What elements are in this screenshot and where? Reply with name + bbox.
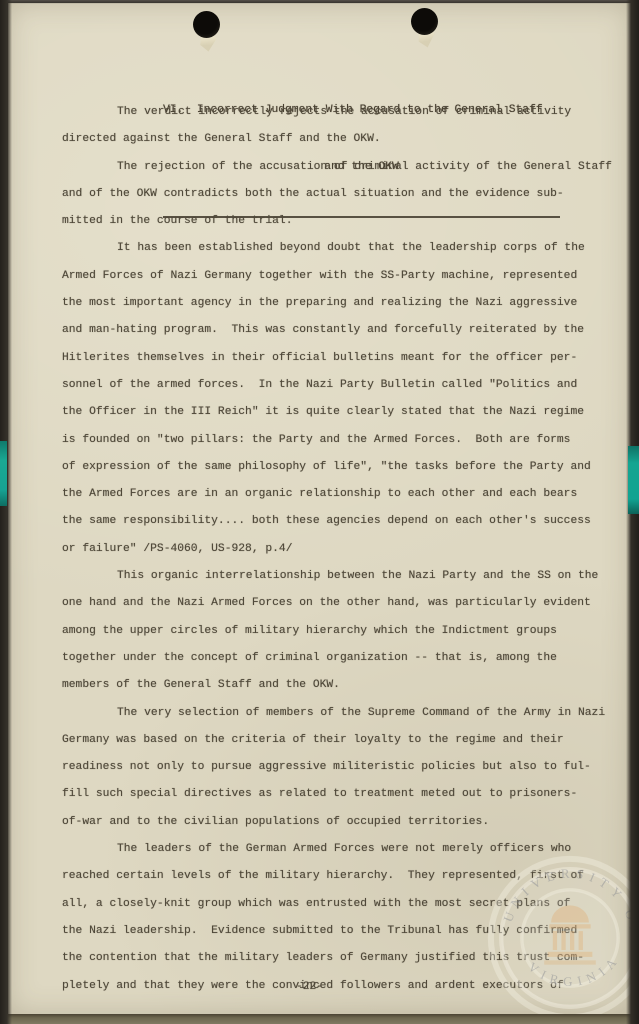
text-line: The leaders of the German Armed Forces w…: [62, 836, 607, 863]
text-line-content: It has been established beyond doubt tha…: [117, 242, 585, 254]
text-line: Hitlerites themselves in their official …: [62, 345, 607, 372]
text-line-content: Germany was based on the criteria of the…: [62, 734, 564, 746]
text-line: Armed Forces of Nazi Germany together wi…: [62, 263, 607, 290]
text-line-content: Armed Forces of Nazi Germany together wi…: [62, 270, 577, 282]
text-line-content: mitted in the course of the trial.: [62, 215, 293, 227]
punch-hole-right-icon: [411, 8, 438, 35]
page-number: -22-: [8, 981, 611, 993]
teal-edge-mark-left: [0, 441, 7, 506]
text-line-content: the most important agency in the prepari…: [62, 297, 577, 309]
photo-background: UNIVERSITY OF VIRGINIA VI. Incorrect Jud…: [0, 0, 639, 1024]
text-line-content: of-war and to the civilian populations o…: [62, 816, 489, 828]
document-body: The verdict incorrectly rejects the accu…: [62, 99, 607, 1000]
text-line: the Armed Forces are in an organic relat…: [62, 481, 607, 508]
text-line-content: members of the General Staff and the OKW…: [62, 679, 340, 691]
text-line-content: and of the OKW contradicts both the actu…: [62, 188, 564, 200]
text-line-content: directed against the General Staff and t…: [62, 133, 381, 145]
text-line-content: sonnel of the armed forces. In the Nazi …: [62, 379, 577, 391]
text-line: together under the concept of criminal o…: [62, 645, 607, 672]
text-line-content: Hitlerites themselves in their official …: [62, 352, 577, 364]
text-line-content: the Nazi leadership. Evidence submitted …: [62, 925, 577, 937]
text-line-content: is founded on "two pillars: the Party an…: [62, 434, 570, 446]
text-line: mitted in the course of the trial.: [62, 208, 607, 235]
text-line: one hand and the Nazi Armed Forces on th…: [62, 590, 607, 617]
text-line: among the upper circles of military hier…: [62, 618, 607, 645]
text-line-content: fill such special directives as related …: [62, 788, 577, 800]
text-line-content: The leaders of the German Armed Forces w…: [117, 843, 571, 855]
teal-edge-mark-right: [628, 446, 639, 514]
text-line: the same responsibility.... both these a…: [62, 508, 607, 535]
text-line: of-war and to the civilian populations o…: [62, 809, 607, 836]
text-line: is founded on "two pillars: the Party an…: [62, 427, 607, 454]
text-line: sonnel of the armed forces. In the Nazi …: [62, 372, 607, 399]
text-line-content: The rejection of the accusation of crimi…: [117, 161, 612, 173]
punch-hole-left-icon: [193, 11, 220, 38]
text-line-content: together under the concept of criminal o…: [62, 652, 557, 664]
text-line: the Nazi leadership. Evidence submitted …: [62, 918, 607, 945]
text-line: all, a closely-knit group which was entr…: [62, 891, 607, 918]
text-line: The rejection of the accusation of crimi…: [62, 154, 607, 181]
text-line: the contention that the military leaders…: [62, 945, 607, 972]
text-line: and of the OKW contradicts both the actu…: [62, 181, 607, 208]
text-line: or failure" /PS-4060, US-928, p.4/: [62, 536, 607, 563]
text-line-content: the same responsibility.... both these a…: [62, 515, 591, 527]
document-page: UNIVERSITY OF VIRGINIA VI. Incorrect Jud…: [8, 3, 631, 1015]
text-line: Germany was based on the criteria of the…: [62, 727, 607, 754]
text-line: of expression of the same philosophy of …: [62, 454, 607, 481]
text-line: and man-hating program. This was constan…: [62, 317, 607, 344]
underlying-page-edge: [6, 1014, 633, 1024]
text-line-content: among the upper circles of military hier…: [62, 625, 557, 637]
text-line-content: the Armed Forces are in an organic relat…: [62, 488, 577, 500]
text-line: This organic interrelationship between t…: [62, 563, 607, 590]
text-line-content: The very selection of members of the Sup…: [117, 707, 605, 719]
text-line-content: the contention that the military leaders…: [62, 952, 584, 964]
text-line-content: readiness not only to pursue aggressive …: [62, 761, 591, 773]
text-line: fill such special directives as related …: [62, 781, 607, 808]
text-line: The very selection of members of the Sup…: [62, 700, 607, 727]
text-line: directed against the General Staff and t…: [62, 126, 607, 153]
text-line-content: This organic interrelationship between t…: [117, 570, 598, 582]
text-line: the most important agency in the prepari…: [62, 290, 607, 317]
text-line-content: of expression of the same philosophy of …: [62, 461, 591, 473]
text-line-content: and man-hating program. This was constan…: [62, 324, 584, 336]
text-line: reached certain levels of the military h…: [62, 863, 607, 890]
text-line-content: all, a closely-knit group which was entr…: [62, 898, 570, 910]
text-line-content: The verdict incorrectly rejects the accu…: [117, 106, 571, 118]
text-line-content: the Officer in the III Reich" it is quit…: [62, 406, 584, 418]
text-line: It has been established beyond doubt tha…: [62, 235, 607, 262]
text-line: members of the General Staff and the OKW…: [62, 672, 607, 699]
text-line: readiness not only to pursue aggressive …: [62, 754, 607, 781]
text-line: the Officer in the III Reich" it is quit…: [62, 399, 607, 426]
text-line-content: reached certain levels of the military h…: [62, 870, 584, 882]
text-line: The verdict incorrectly rejects the accu…: [62, 99, 607, 126]
text-line-content: one hand and the Nazi Armed Forces on th…: [62, 597, 591, 609]
text-line-content: or failure" /PS-4060, US-928, p.4/: [62, 543, 293, 555]
